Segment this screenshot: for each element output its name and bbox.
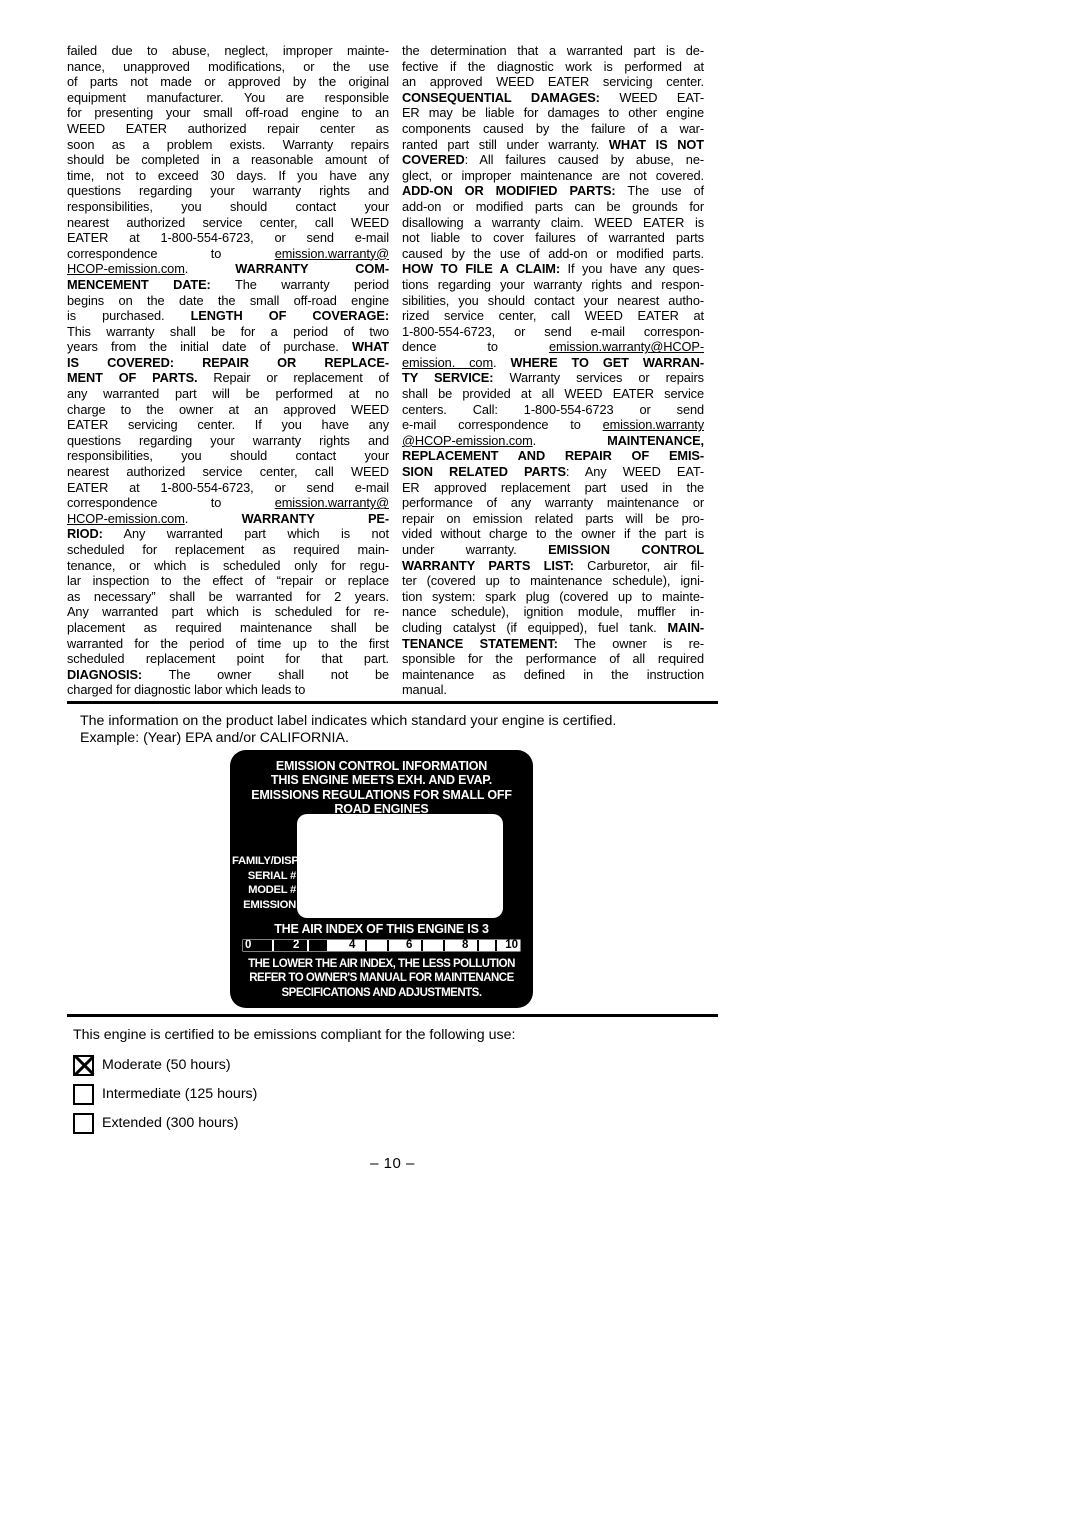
text-run: . (185, 261, 236, 276)
text-run: failed due to abuse, neglect, improper m… (67, 43, 389, 58)
text-run: charged for diagnostic labor which leads… (67, 682, 305, 697)
text-run: EATER servicing center. If you have any (67, 417, 389, 432)
compliance-option-label: Intermediate (125 hours) (102, 1086, 257, 1102)
checkbox-checked-icon (73, 1055, 94, 1076)
text-line: add-on or modified parts can be grounds … (402, 199, 704, 215)
text-line: caused by the use of add-on or modified … (402, 246, 704, 262)
text-line: the determination that a warranted part … (402, 43, 704, 59)
text-run: time, not to exceed 30 days. If you have… (67, 168, 389, 183)
text-run: caused by the use of add-on or modified … (402, 246, 704, 261)
text-line: placement as required maintenance shall … (67, 620, 389, 636)
text-line: questions regarding your warranty rights… (67, 433, 389, 449)
text-run: This warranty shall be for a period of t… (67, 324, 389, 339)
text-line: TY SERVICE: Warranty services or repairs (402, 370, 704, 386)
scale-tick-mark (495, 940, 497, 951)
text-run: years from the initial date of purchase. (67, 339, 352, 354)
emission-footer-line: SPECIFICATIONS AND ADJUSTMENTS. (230, 986, 533, 1001)
text-line: glect, or improper maintenance are not c… (402, 168, 704, 184)
text-run: WHAT (352, 339, 389, 354)
emission-label-blank-box (297, 814, 503, 918)
text-run: ranted part still under warranty. (402, 137, 609, 152)
text-line: failed due to abuse, neglect, improper m… (67, 43, 389, 59)
emission-header-line: EMISSIONS REGULATIONS FOR SMALL OFF (230, 788, 533, 803)
text-line: tions regarding your warranty rights and… (402, 277, 704, 293)
compliance-option-label: Moderate (50 hours) (102, 1057, 231, 1073)
emission-footer-line: REFER TO OWNER'S MANUAL FOR MAINTENANCE (230, 971, 533, 986)
scale-tick-mark (443, 940, 445, 951)
text-line: scheduled for replacement as required ma… (67, 542, 389, 558)
text-run: nearest authorized service center, call … (67, 464, 389, 479)
text-line: CONSEQUENTIAL DAMAGES: WEED EAT- (402, 90, 704, 106)
text-run: The warranty period (211, 277, 389, 292)
text-line: IS COVERED: REPAIR OR REPLACE- (67, 355, 389, 371)
checkbox-unchecked-icon (73, 1113, 94, 1134)
text-run: responsibilities, you should contact you… (67, 199, 389, 214)
text-run: centers. Call: 1-800-554-6723 or send (402, 402, 704, 417)
text-run: emission.warranty@ (275, 246, 389, 261)
warranty-text-columns: failed due to abuse, neglect, improper m… (67, 43, 718, 698)
text-line: performance of any warranty maintenance … (402, 495, 704, 511)
checkbox-unchecked-icon (73, 1084, 94, 1105)
air-index-scale-number: 2 (293, 939, 299, 952)
emission-label-header: EMISSION CONTROL INFORMATIONTHIS ENGINE … (230, 759, 533, 817)
divider-bottom (67, 1014, 718, 1017)
text-run: cluding catalyst (if equipped), fuel tan… (402, 620, 668, 635)
air-index-scale-number: 10 (505, 939, 518, 952)
text-line: ter (covered up to maintenance schedule)… (402, 573, 704, 589)
product-label-note: The information on the product label ind… (80, 713, 718, 747)
text-line: warranted for the period of time up to t… (67, 636, 389, 652)
text-run: The owner is re- (558, 636, 704, 651)
text-line: vided without charge to the owner if the… (402, 526, 704, 542)
text-line: questions regarding your warranty rights… (67, 183, 389, 199)
warranty-column-left: failed due to abuse, neglect, improper m… (67, 43, 389, 698)
text-run: Warranty services or repairs (493, 370, 704, 385)
text-line: responsibilities, you should contact you… (67, 199, 389, 215)
text-run: performance of any warranty maintenance … (402, 495, 704, 510)
text-run: maintenance as defined in the instructio… (402, 667, 704, 682)
text-run: IS COVERED: REPAIR OR REPLACE- (67, 355, 389, 370)
text-run: HCOP-emission.com (67, 511, 185, 526)
text-line: cluding catalyst (if equipped), fuel tan… (402, 620, 704, 636)
text-line: This warranty shall be for a period of t… (67, 324, 389, 340)
text-run: WARRANTY PE- (242, 511, 389, 526)
compliance-option: Intermediate (125 hours) (73, 1084, 718, 1105)
text-run: MAINTENANCE, (607, 433, 704, 448)
text-run: 1-800-554-6723, or send e-mail correspon… (402, 324, 704, 339)
text-run: should be completed in a reasonable amou… (67, 152, 389, 167)
text-run: WHAT IS NOT (609, 137, 704, 152)
text-line: DIAGNOSIS: The owner shall not be (67, 667, 389, 683)
compliance-option: Extended (300 hours) (73, 1113, 718, 1134)
text-line: soon as a problem exists. Warranty repai… (67, 137, 389, 153)
text-line: not liable to cover failures of warrante… (402, 230, 704, 246)
text-line: WARRANTY PARTS LIST: Carburetor, air fil… (402, 558, 704, 574)
text-run: scheduled replacement point for that par… (67, 651, 389, 666)
text-line: correspondence to emission.warranty@ (67, 495, 389, 511)
emission-field-label: MODEL # (232, 883, 296, 898)
text-run: HCOP-emission.com (67, 261, 185, 276)
text-line: RIOD: Any warranted part which is not (67, 526, 389, 542)
text-run: LENGTH OF COVERAGE: (191, 308, 389, 323)
text-line: fective if the diagnostic work is perfor… (402, 59, 704, 75)
text-run: TENANCE STATEMENT: (402, 636, 558, 651)
text-line: time, not to exceed 30 days. If you have… (67, 168, 389, 184)
text-run: nance schedule), ignition module, muffle… (402, 604, 704, 619)
text-run: begins on the date the small off-road en… (67, 293, 389, 308)
text-line: equipment manufacturer. You are responsi… (67, 90, 389, 106)
text-run: shall be provided at all WEED EATER serv… (402, 386, 704, 401)
text-line: disallowing a warranty claim. WEED EATER… (402, 215, 704, 231)
emission-field-label: FAMILY/DISP. (232, 854, 296, 869)
air-index-scale-number: 6 (406, 939, 412, 952)
text-line: charge to the owner at an approved WEED (67, 402, 389, 418)
text-line: dence to emission.warranty@HCOP- (402, 339, 704, 355)
air-index-title: THE AIR INDEX OF THIS ENGINE IS 3 (230, 922, 533, 936)
product-label-note-line1: The information on the product label ind… (80, 713, 718, 730)
text-line: correspondence to emission.warranty@ (67, 246, 389, 262)
text-line: nance schedule), ignition module, muffle… (402, 604, 704, 620)
text-run: TY SERVICE: (402, 370, 493, 385)
text-run: sponsible for the performance of all req… (402, 651, 704, 666)
text-run: emission.warranty@ (275, 495, 389, 510)
text-line: any warranted part will be performed at … (67, 386, 389, 402)
text-line: under warranty. EMISSION CONTROL (402, 542, 704, 558)
text-run: tenance, or which is scheduled only for … (67, 558, 389, 573)
text-run: If you have any ques- (560, 261, 704, 276)
text-run: WEED EATER authorized repair center as (67, 121, 389, 136)
emission-header-line: EMISSION CONTROL INFORMATION (230, 759, 533, 774)
compliance-option: Moderate (50 hours) (73, 1055, 718, 1076)
text-run: ER approved replacement part used in the (402, 480, 704, 495)
divider-top (67, 701, 718, 704)
text-line: EATER at 1-800-554-6723, or send e-mail (67, 230, 389, 246)
text-run: EATER at 1-800-554-6723, or send e-mail (67, 480, 389, 495)
text-line: 1-800-554-6723, or send e-mail correspon… (402, 324, 704, 340)
text-line: EATER servicing center. If you have any (67, 417, 389, 433)
text-run: of parts not made or approved by the ori… (67, 74, 389, 89)
text-line: nance, unapproved modifications, or the … (67, 59, 389, 75)
emission-field-label: EMISSION (232, 898, 296, 913)
text-run: manual. (402, 682, 447, 697)
air-index-scale-number: 0 (245, 939, 251, 952)
text-line: ADD-ON OR MODIFIED PARTS: The use of (402, 183, 704, 199)
compliance-option-label: Extended (300 hours) (102, 1115, 238, 1131)
emission-footer-line: THE LOWER THE AIR INDEX, THE LESS POLLUT… (230, 957, 533, 972)
emission-label-field-labels: FAMILY/DISP.SERIAL #MODEL #EMISSION (232, 854, 296, 912)
text-line: is purchased. LENGTH OF COVERAGE: (67, 308, 389, 324)
text-run: tions regarding your warranty rights and… (402, 277, 704, 292)
text-line: charged for diagnostic labor which leads… (67, 682, 389, 698)
text-line: sibilities, you should contact your near… (402, 293, 704, 309)
text-line: as necessary” shall be warranted for 2 y… (67, 589, 389, 605)
text-run: : Any WEED EAT- (566, 464, 704, 479)
page-content: failed due to abuse, neglect, improper m… (67, 0, 718, 1172)
text-run: MENT OF PARTS. (67, 370, 198, 385)
text-run: emission.warranty@HCOP- (549, 339, 704, 354)
text-run: for presenting your small off-road engin… (67, 105, 389, 120)
text-run: tion system: spark plug (covered up to m… (402, 589, 704, 604)
text-run: The use of (616, 183, 704, 198)
text-line: lar inspection to the effect of “repair … (67, 573, 389, 589)
text-line: maintenance as defined in the instructio… (402, 667, 704, 683)
air-index-scale-number: 4 (349, 939, 355, 952)
text-run: lar inspection to the effect of “repair … (67, 573, 389, 588)
text-run: WARRANTY PARTS LIST: (402, 558, 574, 573)
air-index-scale-number: 8 (462, 939, 468, 952)
text-run: Repair or replacement of (198, 370, 389, 385)
document-page: failed due to abuse, neglect, improper m… (0, 0, 1080, 1526)
text-run: scheduled for replacement as required ma… (67, 542, 389, 557)
emission-field-label: SERIAL # (232, 869, 296, 884)
text-run: CONSEQUENTIAL DAMAGES: (402, 90, 600, 105)
text-line: tenance, or which is scheduled only for … (67, 558, 389, 574)
text-run: Carburetor, air fil- (574, 558, 704, 573)
text-run: rized service center, call WEED EATER at (402, 308, 704, 323)
text-run: Any warranted part which is not (103, 526, 389, 541)
text-run: vided without charge to the owner if the… (402, 526, 704, 541)
emission-label-footer: THE LOWER THE AIR INDEX, THE LESS POLLUT… (230, 957, 533, 1001)
text-line: sponsible for the performance of all req… (402, 651, 704, 667)
text-line: TENANCE STATEMENT: The owner is re- (402, 636, 704, 652)
product-label-note-line2: Example: (Year) EPA and/or CALIFORNIA. (80, 730, 718, 747)
text-run: correspondence to (67, 495, 275, 510)
text-run: MAIN- (668, 620, 704, 635)
text-run: dence to (402, 339, 549, 354)
text-run: fective if the diagnostic work is perfor… (402, 59, 704, 74)
text-run: WEED EAT- (600, 90, 704, 105)
text-run: the determination that a warranted part … (402, 43, 704, 58)
text-line: scheduled replacement point for that par… (67, 651, 389, 667)
text-line: EATER at 1-800-554-6723, or send e-mail (67, 480, 389, 496)
text-run: e-mail correspondence to (402, 417, 603, 432)
scale-tick-mark (272, 940, 274, 951)
text-line: manual. (402, 682, 704, 698)
text-run: nance, unapproved modifications, or the … (67, 59, 389, 74)
text-run: disallowing a warranty claim. WEED EATER… (402, 215, 704, 230)
text-run: an approved WEED EATER servicing center. (402, 74, 704, 89)
text-line: SION RELATED PARTS: Any WEED EAT- (402, 464, 704, 480)
text-run: placement as required maintenance shall … (67, 620, 389, 635)
scale-tick-mark (365, 940, 367, 951)
text-line: e-mail correspondence to emission.warran… (402, 417, 704, 433)
text-run: under warranty. (402, 542, 548, 557)
text-line: centers. Call: 1-800-554-6723 or send (402, 402, 704, 418)
text-run: . (185, 511, 242, 526)
text-run: ER may be liable for damages to other en… (402, 105, 704, 120)
text-run: EATER at 1-800-554-6723, or send e-mail (67, 230, 389, 245)
scale-tick-mark (421, 940, 423, 951)
text-run: SION RELATED PARTS (402, 464, 566, 479)
emission-control-label: EMISSION CONTROL INFORMATIONTHIS ENGINE … (230, 750, 533, 1008)
text-line: ranted part still under warranty. WHAT I… (402, 137, 704, 153)
text-line: of parts not made or approved by the ori… (67, 74, 389, 90)
scale-tick-mark (477, 940, 479, 951)
text-line: MENT OF PARTS. Repair or replacement of (67, 370, 389, 386)
text-line: repair on emission related parts will be… (402, 511, 704, 527)
scale-tick-mark (387, 940, 389, 951)
text-line: HCOP-emission.com. WARRANTY PE- (67, 511, 389, 527)
text-line: HOW TO FILE A CLAIM: If you have any que… (402, 261, 704, 277)
text-line: Any warranted part which is scheduled fo… (67, 604, 389, 620)
text-run: is purchased. (67, 308, 191, 323)
text-line: MENCEMENT DATE: The warranty period (67, 277, 389, 293)
text-line: nearest authorized service center, call … (67, 215, 389, 231)
text-line: an approved WEED EATER servicing center. (402, 74, 704, 90)
text-run: ter (covered up to maintenance schedule)… (402, 573, 704, 588)
text-run: REPLACEMENT AND REPAIR OF EMIS- (402, 448, 704, 463)
text-run: The owner shall not be (142, 667, 389, 682)
text-run: WARRANTY COM- (235, 261, 389, 276)
text-line: ER may be liable for damages to other en… (402, 105, 704, 121)
text-run: MENCEMENT DATE: (67, 277, 211, 292)
compliance-intro: This engine is certified to be emissions… (73, 1027, 718, 1044)
text-run: nearest authorized service center, call … (67, 215, 389, 230)
compliance-options: Moderate (50 hours)Intermediate (125 hou… (73, 1055, 718, 1134)
text-line: years from the initial date of purchase.… (67, 339, 389, 355)
text-run: equipment manufacturer. You are responsi… (67, 90, 389, 105)
text-line: begins on the date the small off-road en… (67, 293, 389, 309)
scale-tick-mark (307, 940, 309, 951)
text-run: EMISSION CONTROL (548, 542, 704, 557)
text-run: Any warranted part which is scheduled fo… (67, 604, 389, 619)
text-run: . (493, 355, 510, 370)
text-run: RIOD: (67, 526, 103, 541)
text-line: responsibilities, you should contact you… (67, 448, 389, 464)
text-run: charge to the owner at an approved WEED (67, 402, 389, 417)
text-run: repair on emission related parts will be… (402, 511, 704, 526)
text-run: not liable to cover failures of warrante… (402, 230, 704, 245)
text-run: sibilities, you should contact your near… (402, 293, 704, 308)
air-index-scale: 0246810 (241, 938, 522, 953)
text-run: components caused by the failure of a wa… (402, 121, 704, 136)
text-run: add-on or modified parts can be grounds … (402, 199, 704, 214)
text-run: DIAGNOSIS: (67, 667, 142, 682)
text-run: emission.warranty (603, 417, 704, 432)
text-run: warranted for the period of time up to t… (67, 636, 389, 651)
text-run: glect, or improper maintenance are not c… (402, 168, 704, 183)
text-line: REPLACEMENT AND REPAIR OF EMIS- (402, 448, 704, 464)
text-line: @HCOP-emission.com. MAINTENANCE, (402, 433, 704, 449)
warranty-column-right: the determination that a warranted part … (402, 43, 704, 698)
text-line: emission. com. WHERE TO GET WARRAN- (402, 355, 704, 371)
text-line: shall be provided at all WEED EATER serv… (402, 386, 704, 402)
text-run: ADD-ON OR MODIFIED PARTS: (402, 183, 616, 198)
text-run: . (533, 433, 607, 448)
text-line: WEED EATER authorized repair center as (67, 121, 389, 137)
text-line: rized service center, call WEED EATER at (402, 308, 704, 324)
text-run: responsibilities, you should contact you… (67, 448, 389, 463)
text-run: : All failures caused by abuse, ne- (465, 152, 704, 167)
text-run: COVERED (402, 152, 465, 167)
text-line: nearest authorized service center, call … (67, 464, 389, 480)
text-run: as necessary” shall be warranted for 2 y… (67, 589, 389, 604)
text-line: ER approved replacement part used in the (402, 480, 704, 496)
text-run: HOW TO FILE A CLAIM: (402, 261, 560, 276)
text-run: emission. com (402, 355, 493, 370)
text-run: questions regarding your warranty rights… (67, 433, 389, 448)
page-number: – 10 – (67, 1155, 718, 1172)
text-line: should be completed in a reasonable amou… (67, 152, 389, 168)
text-line: tion system: spark plug (covered up to m… (402, 589, 704, 605)
text-run: any warranted part will be performed at … (67, 386, 389, 401)
text-line: HCOP-emission.com. WARRANTY COM- (67, 261, 389, 277)
text-line: for presenting your small off-road engin… (67, 105, 389, 121)
text-line: components caused by the failure of a wa… (402, 121, 704, 137)
text-run: questions regarding your warranty rights… (67, 183, 389, 198)
text-run: WHERE TO GET WARRAN- (510, 355, 704, 370)
text-run: soon as a problem exists. Warranty repai… (67, 137, 389, 152)
emission-header-line: THIS ENGINE MEETS EXH. AND EVAP. (230, 773, 533, 788)
text-run: @HCOP-emission.com (402, 433, 533, 448)
air-index-fill-bar (243, 940, 327, 951)
text-line: COVERED: All failures caused by abuse, n… (402, 152, 704, 168)
text-run: correspondence to (67, 246, 275, 261)
